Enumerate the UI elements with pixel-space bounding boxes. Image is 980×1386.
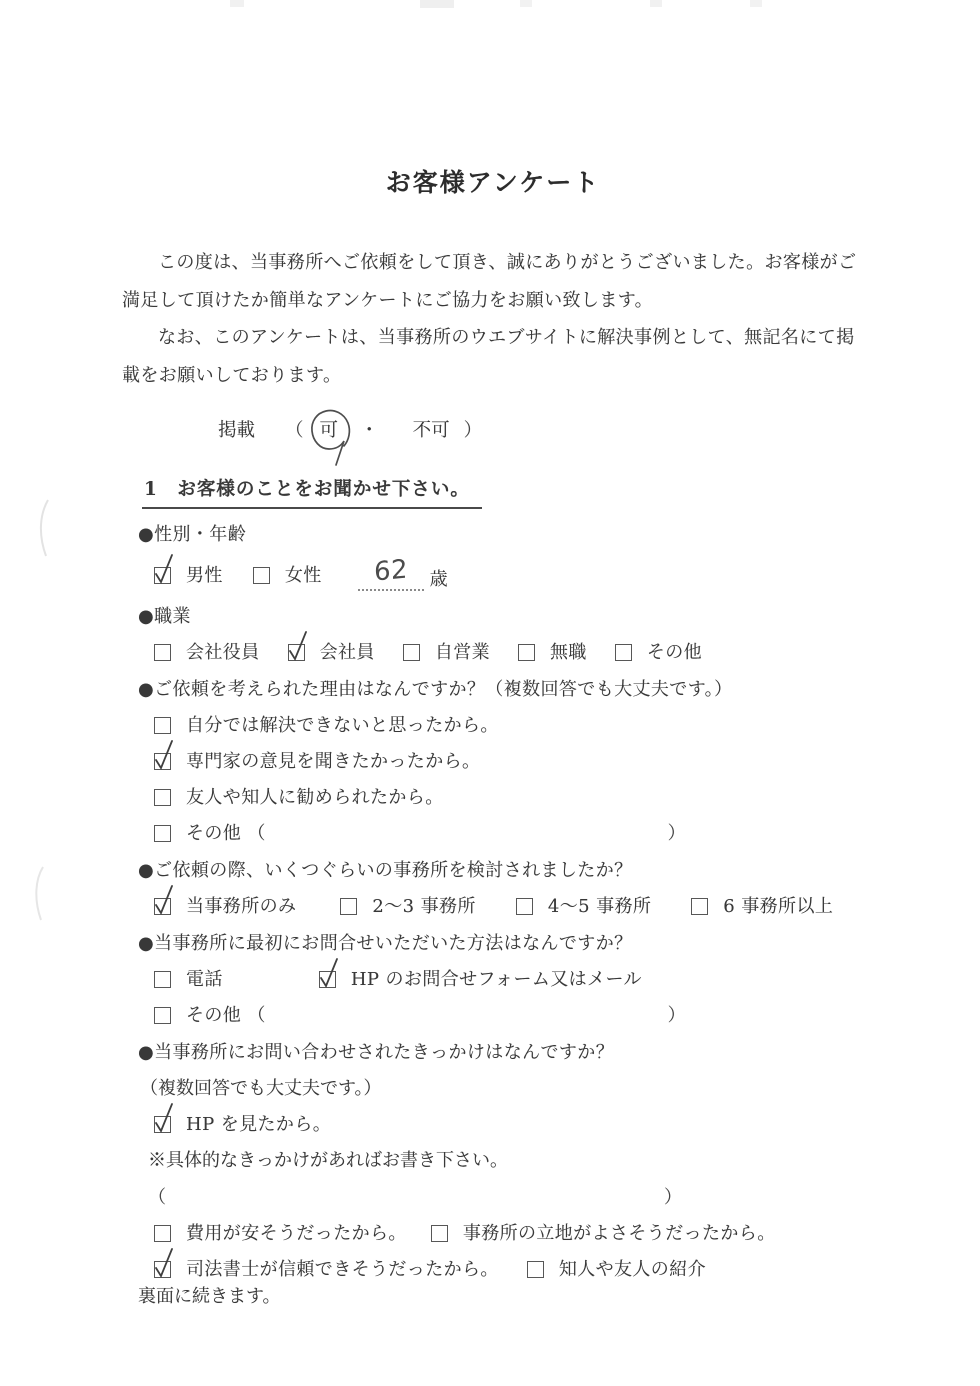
option-unemployed: 無職 xyxy=(518,641,587,664)
scan-artifact-left-2 xyxy=(28,864,54,924)
handwritten-check-icon xyxy=(151,883,179,919)
reason-item-2: 専門家の意見を聞きたかったから。 xyxy=(154,750,864,773)
contact-other-paren-close: ） xyxy=(668,1004,686,1027)
option-cheap-fee-label: 費用が安そうだったから。 xyxy=(186,1222,407,1245)
publish-option-ok-circled: 可 xyxy=(308,410,351,448)
handwritten-check-icon xyxy=(151,738,179,774)
checkbox-occupation-other xyxy=(615,644,632,661)
checkbox-good-location xyxy=(431,1225,448,1242)
blank-paren-close: ） xyxy=(664,1186,682,1209)
checkbox-hp-form xyxy=(319,971,336,988)
scan-artifact-top xyxy=(230,0,850,10)
intro-paragraph-2: なお、このアンケートは、当事務所のウエブサイトに解決事例として、無記名にて掲載を… xyxy=(122,319,864,394)
document-content: お客様アンケート この度は、当事務所へご依頼をして頂き、誠にありがとうございまし… xyxy=(122,166,864,1308)
checkbox-reason-3 xyxy=(154,789,171,806)
option-occupation-other: その他 xyxy=(615,641,702,664)
checkbox-contact-other xyxy=(154,1007,171,1024)
handwritten-age-value: 62 xyxy=(374,558,408,584)
option-company-officer-label: 会社役員 xyxy=(186,641,260,664)
handwritten-check-icon xyxy=(151,1101,179,1137)
checkbox-saw-hp xyxy=(154,1116,171,1133)
age-unit-label: 歳 xyxy=(430,568,448,591)
publish-permission-line: 掲載 （ 可 ・ 不可 ） xyxy=(218,406,864,452)
gender-age-row: 男性 女性 62 歳 xyxy=(154,559,864,591)
handwritten-check-icon xyxy=(285,629,313,665)
option-male: 男性 xyxy=(154,564,223,587)
reason-other-paren-close: ） xyxy=(668,822,686,845)
option-this-office-only-label: 当事務所のみ xyxy=(186,895,296,918)
option-hp-form-label: HP のお問合せフォーム又はメール xyxy=(351,968,642,991)
option-male-label: 男性 xyxy=(186,564,223,587)
reason-item-3: 友人や知人に勧められたから。 xyxy=(154,786,864,809)
trigger-blank-write-in: （ ） xyxy=(148,1186,682,1209)
option-hp-form: HP のお問合せフォーム又はメール xyxy=(319,968,642,991)
option-cheap-fee: 費用が安そうだったから。 xyxy=(154,1222,407,1245)
option-2-3-offices: 2～3 事務所 xyxy=(340,895,475,918)
option-good-location: 事務所の立地がよさそうだったから。 xyxy=(431,1222,776,1245)
option-referral: 知人や友人の紹介 xyxy=(527,1258,706,1281)
reason-item-1: 自分では解決できないと思ったから。 xyxy=(154,714,864,737)
checkbox-reason-1 xyxy=(154,717,171,734)
intro-paragraph-1: この度は、当事務所へご依頼をして頂き、誠にありがとうございました。お客様がご満足… xyxy=(122,244,864,319)
reason-other-label: その他 （ xyxy=(186,822,266,845)
trigger-row-2: 司法書士が信頼できそうだったから。 知人や友人の紹介 xyxy=(154,1258,864,1281)
reason-1-label: 自分では解決できないと思ったから。 xyxy=(186,714,499,737)
question-trigger-label: ●当事務所にお問い合わせされたきっかけはなんですか？ xyxy=(138,1041,864,1064)
publish-paren-close: ） xyxy=(464,416,483,442)
option-good-location-label: 事務所の立地がよさそうだったから。 xyxy=(463,1222,776,1245)
offices-row: 当事務所のみ 2～3 事務所 4～5 事務所 xyxy=(154,895,864,918)
checkbox-unemployed xyxy=(518,644,535,661)
survey-document-page: お客様アンケート この度は、当事務所へご依頼をして頂き、誠にありがとうございまし… xyxy=(0,0,980,1386)
handwritten-check-icon xyxy=(151,552,179,588)
checkbox-company-employee xyxy=(288,644,305,661)
option-company-employee-label: 会社員 xyxy=(320,641,375,664)
checkbox-female xyxy=(253,567,270,584)
scan-artifact-left-1 xyxy=(32,496,58,560)
option-6-plus-offices: 6 事務所以上 xyxy=(691,895,833,918)
checkbox-cheap-fee xyxy=(154,1225,171,1242)
trigger-hp-item: HP を見たから。 xyxy=(154,1113,864,1136)
continues-on-back-note: 裏面に続きます。 xyxy=(138,1285,864,1308)
option-trustworthy-label: 司法書士が信頼できそうだったから。 xyxy=(186,1258,499,1281)
checkbox-4-5-offices xyxy=(516,898,533,915)
option-6-plus-offices-label: 6 事務所以上 xyxy=(723,895,833,918)
contact-method-other: その他 （ ） xyxy=(154,1004,686,1027)
option-phone-label: 電話 xyxy=(186,968,223,991)
contact-method-row: 電話 HP のお問合せフォーム又はメール xyxy=(154,968,864,991)
blank-write-in-space xyxy=(166,1186,664,1209)
age-dotted-line: 62 xyxy=(358,559,424,591)
publish-separator-dot: ・ xyxy=(360,416,379,442)
checkbox-reason-other xyxy=(154,825,171,842)
checkbox-self-employed xyxy=(403,644,420,661)
option-trustworthy: 司法書士が信頼できそうだったから。 xyxy=(154,1258,499,1281)
handwritten-check-icon xyxy=(316,956,344,992)
contact-other-label: その他 （ xyxy=(186,1004,266,1027)
saw-hp-label: HP を見たから。 xyxy=(186,1113,331,1136)
option-female-label: 女性 xyxy=(285,564,322,587)
checkbox-company-officer xyxy=(154,644,171,661)
option-4-5-offices: 4～5 事務所 xyxy=(516,895,651,918)
question-occupation-label: ●職業 xyxy=(138,605,864,628)
checkbox-phone xyxy=(154,971,171,988)
trigger-write-in-note: ※具体的なきっかけがあればお書き下さい。 xyxy=(148,1149,864,1172)
occupation-row: 会社役員 会社員 自営業 xyxy=(154,641,864,664)
question-offices-label: ●ご依頼の際、いくつぐらいの事務所を検討されましたか？ xyxy=(138,859,864,882)
option-female: 女性 xyxy=(253,564,322,587)
option-occupation-other-label: その他 xyxy=(647,641,702,664)
question-contact-method-label: ●当事務所に最初にお問合せいただいた方法はなんですか？ xyxy=(138,932,864,955)
checkbox-6-plus-offices xyxy=(691,898,708,915)
reason-3-label: 友人や知人に勧められたから。 xyxy=(186,786,444,809)
section-1-heading: 1 お客様のことをお聞かせ下さい。 xyxy=(142,478,482,509)
handwritten-check-icon xyxy=(151,1246,179,1282)
checkbox-male xyxy=(154,567,171,584)
option-self-employed-label: 自営業 xyxy=(435,641,490,664)
checkbox-2-3-offices xyxy=(340,898,357,915)
option-company-officer: 会社役員 xyxy=(154,641,260,664)
trigger-row-1: 費用が安そうだったから。 事務所の立地がよさそうだったから。 xyxy=(154,1222,864,1245)
publish-label: 掲載 xyxy=(218,416,255,442)
option-referral-label: 知人や友人の紹介 xyxy=(559,1258,706,1281)
reason-item-other: その他 （ ） xyxy=(154,822,686,845)
publish-option-ok: 可 xyxy=(320,420,339,441)
publish-paren-open: （ xyxy=(285,416,304,442)
document-title: お客様アンケート xyxy=(122,166,864,200)
question-reason-label: ●ご依頼を考えられた理由はなんですか？（複数回答でも大丈夫です。） xyxy=(138,678,864,701)
publish-option-ng: 不可 xyxy=(413,416,450,442)
question-gender-age-label: ●性別・年齢 xyxy=(138,523,864,546)
reason-2-label: 専門家の意見を聞きたかったから。 xyxy=(186,750,480,773)
age-field: 62 歳 xyxy=(358,559,448,591)
checkbox-trustworthy xyxy=(154,1261,171,1278)
blank-paren-open: （ xyxy=(148,1186,166,1209)
option-this-office-only: 当事務所のみ xyxy=(154,895,296,918)
option-phone: 電話 xyxy=(154,968,223,991)
checkbox-reason-2 xyxy=(154,753,171,770)
option-2-3-offices-label: 2～3 事務所 xyxy=(372,895,475,918)
option-company-employee: 会社員 xyxy=(288,641,375,664)
option-4-5-offices-label: 4～5 事務所 xyxy=(548,895,651,918)
option-self-employed: 自営業 xyxy=(403,641,490,664)
section-1: 1 お客様のことをお聞かせ下さい。 ●性別・年齢 男性 女性 xyxy=(122,478,864,1308)
trigger-multi-answer-note: （複数回答でも大丈夫です。） xyxy=(140,1077,864,1100)
option-unemployed-label: 無職 xyxy=(550,641,587,664)
checkbox-this-office-only xyxy=(154,898,171,915)
checkbox-referral xyxy=(527,1261,544,1278)
